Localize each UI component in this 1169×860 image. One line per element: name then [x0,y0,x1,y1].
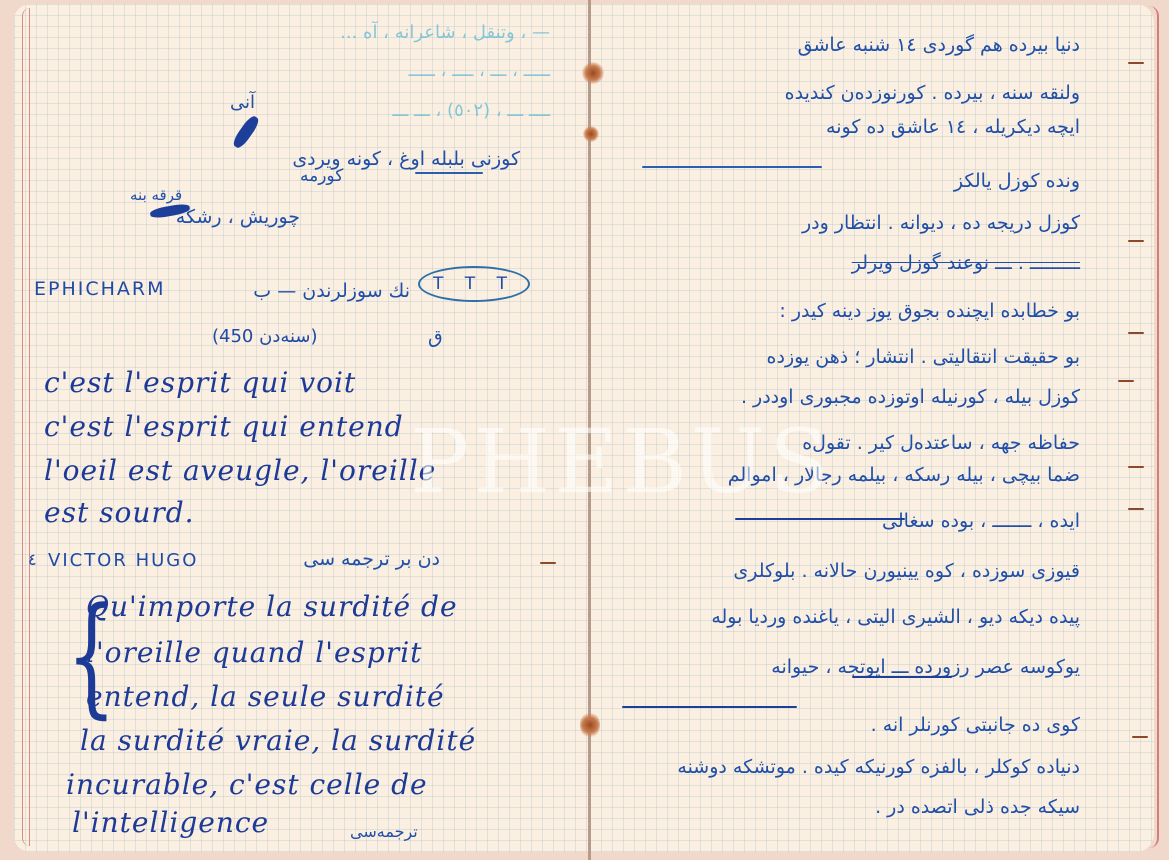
strikethrough-scribble [735,518,905,520]
french-quote-line: est sourd. [44,496,195,529]
handwriting-line: ایده ، ـــــــ ، بوده سغالی [610,510,1080,532]
handwriting-line: کوی ده جانبتی کورنلر انه . [610,714,1080,736]
epicharm-ottoman-text: نك سوزلرندن — ب [180,280,410,302]
handwriting-line: پیده دیکه دیو ، الشیری الیتی ، یاغنده ور… [610,606,1080,628]
faded-handwriting-line: ـــــ ، ـــ ، ــــ ، ـــــ [60,60,550,81]
notebook-spread: — ، وتنقل ، شاعرانه ، آه ... ـــــ ، ـــ… [0,0,1169,860]
handwriting-line: کوزل بیله ، کورنیله اوتوزده مجبوری اوددر… [640,386,1080,408]
rust-stain-staple-upper [583,126,599,142]
rust-stain-staple-top [582,62,604,84]
superscript-note: آنی [230,92,255,113]
section-number: ٤ [28,550,37,569]
margin-tick [1128,508,1144,510]
margin-tick [1132,736,1148,738]
handwriting-line: سیکه جده ذلی اتصده در . [820,796,1080,818]
margin-tick [1128,332,1144,334]
french-quote-line: c'est l'esprit qui entend [44,410,404,443]
faded-handwriting-line: — ، وتنقل ، شاعرانه ، آه ... [60,22,550,43]
handwriting-line: کوزل دریجه ده ، دیوانه . انتظار ودر [700,212,1080,234]
french-quote-line: c'est l'esprit qui voit [44,366,356,399]
victor-hugo-ottoman-text: دن بر ترجمه سی [200,548,440,570]
french-quote-line: l'oreille quand l'esprit [86,636,422,669]
section-rule [642,166,822,168]
handwriting-line: قیوزی سوزده ، کوه یینیورن حالانه . بلوکل… [610,560,1080,582]
handwriting-line: ونده کوزل یالکز [860,170,1080,192]
handwriting-line: ولنقه سنه ، بیرده . کورنوزده‌ن کندیده [630,82,1080,104]
count-line: (450 سنه‌دن) [212,326,318,347]
struck-through-line: ـــــــــ . ـــ نوعند گوزل ویرلر [620,252,1080,274]
handwriting-line: چوریش ، رشکه [190,206,300,228]
french-quote-line: l'intelligence [72,806,269,839]
french-quote-line: incurable, c'est celle de [66,768,428,801]
handwriting-line: حفاظه جهه ، ساعتده‌ل کیر . تقول‌ه [660,432,1080,454]
handwriting-line: بو حقیقت انتقالیتی . انتشار ؛ ذهن یوزده [650,346,1080,368]
right-page-edge [1149,6,1159,848]
handwriting-line: ضما بیچی ، بیله رسکه ، بیلمه رجالار ، ام… [610,464,1080,486]
margin-tick [1128,62,1144,64]
margin-tick [1118,380,1134,382]
handwriting-line: کوزنی بلبله اوغ ، کونه ویردی [200,148,520,170]
french-quote-line: Qu'importe la surdité de [86,590,458,623]
french-quote-line: l'oeil est aveugle, l'oreille [44,454,436,487]
handwriting-line: دنیا بیرده هم گوردی ١٤ شنبه عاشق [630,34,1080,56]
left-page-edge [22,8,30,846]
strikethrough-line [852,676,952,678]
french-quote-line: la surdité vraie, la surdité [80,724,476,757]
margin-tick [1128,240,1144,242]
handwriting-line-prefix: کورمه [300,166,343,186]
count-marker: ق [428,326,443,348]
faded-handwriting-line: ــــ ـــ ، (٥٠٢) ، ـــ ـــ [60,100,550,121]
epicharm-heading: EPHICHARM [34,278,166,300]
french-quote-line: entend, la seule surdité [86,680,445,713]
strikethrough-line [622,706,797,708]
underline-dash [415,172,483,174]
margin-tick [1128,466,1144,468]
circled-marker: T T T [418,266,530,302]
handwriting-line: یوکوسه عصر رزورده ـــ ایوتجه ، حیوانه [610,656,1080,678]
footer-note: ترجمه‌سی [350,822,418,841]
rust-stain-staple-bottom [580,712,600,738]
superscript-note: قرقه بنه [130,186,182,204]
handwriting-line: ایچه دیکریله ، ١٤ عاشق ده کونه [620,116,1080,138]
circled-marker-text: T T T [433,274,515,294]
margin-tick [540,562,556,564]
victor-hugo-heading: VICTOR HUGO [48,550,198,571]
handwriting-line: بو خطابده ایچنده بجوق یوز دینه کیدر : [640,300,1080,322]
handwriting-line: دنیاده کوکلر ، بالفزه کورنیکه کیده . موت… [610,756,1080,778]
